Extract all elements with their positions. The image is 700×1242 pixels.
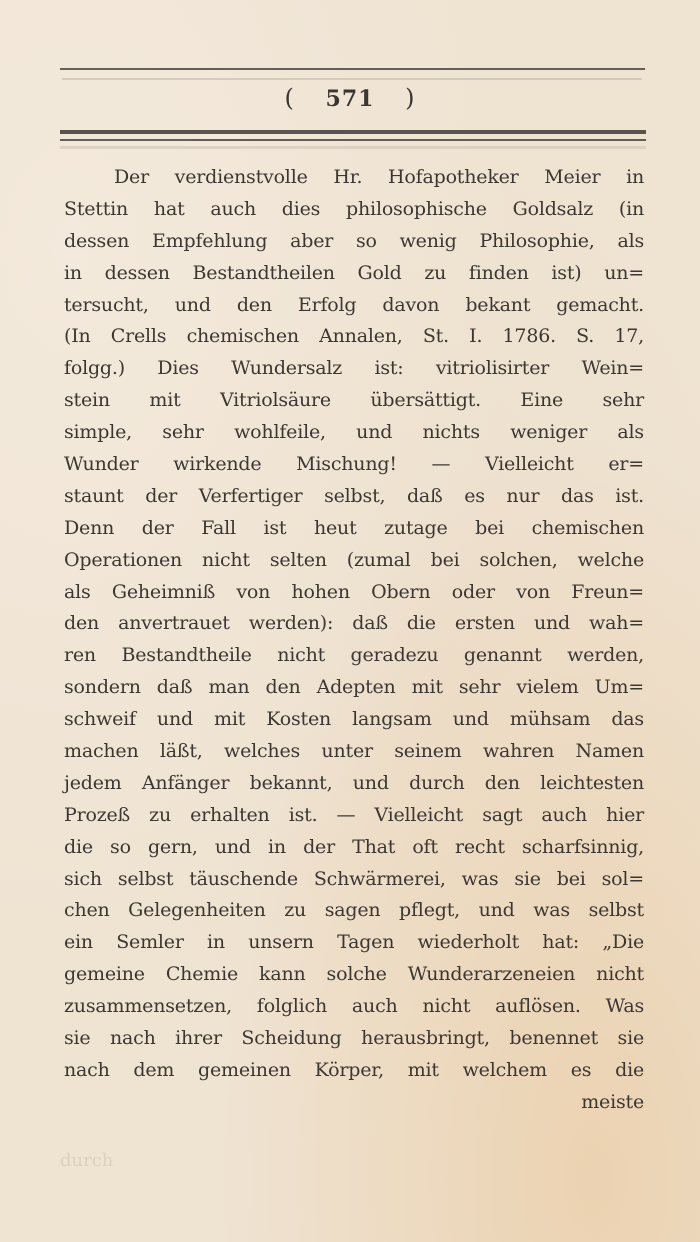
text-line: tersucht, und den Erfolg davon bekant ge… [64, 290, 644, 322]
text-line: den anvertrauet werden): daß die ersten … [64, 608, 644, 640]
text-line: machen läßt, welches unter seinem wahren… [64, 736, 644, 768]
text-line: gemeine Chemie kann solche Wunderarzenei… [64, 959, 644, 991]
text-line: Wunder wirkende Mischung! — Vielleicht e… [64, 449, 644, 481]
text-line: folgg.) Dies Wundersalz ist: vitriolisir… [64, 353, 644, 385]
running-head: ( 571 ) [0, 84, 700, 124]
header-rule-shadow [60, 146, 646, 149]
text-line: Prozeß zu erhalten ist. — Vielleicht sag… [64, 800, 644, 832]
text-line: als Geheimniß von hohen Obern oder von F… [64, 577, 644, 609]
text-line: zusammensetzen, folglich auch nicht aufl… [64, 991, 644, 1023]
text-line: staunt der Verfertiger selbst, daß es nu… [64, 481, 644, 513]
top-rule-shadow [62, 78, 642, 80]
bleed-through-text: durch [60, 1150, 113, 1171]
text-line: in dessen Bestandtheilen Gold zu finden … [64, 258, 644, 290]
header-double-rule-thick [60, 130, 646, 134]
text-line: chen Gelegenheiten zu sagen pflegt, und … [64, 895, 644, 927]
text-line: dessen Empfehlung aber so wenig Philosop… [64, 226, 644, 258]
text-line: sondern daß man den Adepten mit sehr vie… [64, 672, 644, 704]
top-rule [60, 68, 645, 70]
page-number: 571 [326, 86, 375, 112]
text-line: schweif und mit Kosten langsam und mühsa… [64, 704, 644, 736]
text-line: sie nach ihrer Scheidung herausbringt, b… [64, 1023, 644, 1055]
body-text: Der verdienstvolle Hr. Hofapotheker Meie… [64, 162, 644, 1119]
running-head-open-paren: ( [284, 84, 294, 112]
header-double-rule-thin [60, 139, 646, 141]
text-line: Der verdienstvolle Hr. Hofapotheker Meie… [64, 162, 644, 194]
text-line: die so gern, und in der That oft recht s… [64, 832, 644, 864]
text-line: ein Semler in unsern Tagen wiederholt ha… [64, 927, 644, 959]
catchword: meiste [64, 1087, 644, 1119]
text-line: jedem Anfänger bekannt, und durch den le… [64, 768, 644, 800]
text-line: (In Crells chemischen Annalen, St. I. 17… [64, 321, 644, 353]
text-line: Denn der Fall ist heut zutage bei chemis… [64, 513, 644, 545]
text-line: sich selbst täuschende Schwärmerei, was … [64, 864, 644, 896]
text-line: simple, sehr wohlfeile, und nichts wenig… [64, 417, 644, 449]
text-line: nach dem gemeinen Körper, mit welchem es… [64, 1055, 644, 1087]
text-line: Stettin hat auch dies philosophische Gol… [64, 194, 644, 226]
book-page: ( 571 ) Der verdienstvolle Hr. Hofapothe… [0, 0, 700, 1242]
text-line: stein mit Vitriolsäure übersättigt. Eine… [64, 385, 644, 417]
running-head-close-paren: ) [405, 84, 415, 112]
text-line: ren Bestandtheile nicht geradezu genannt… [64, 640, 644, 672]
text-line: Operationen nicht selten (zumal bei solc… [64, 545, 644, 577]
